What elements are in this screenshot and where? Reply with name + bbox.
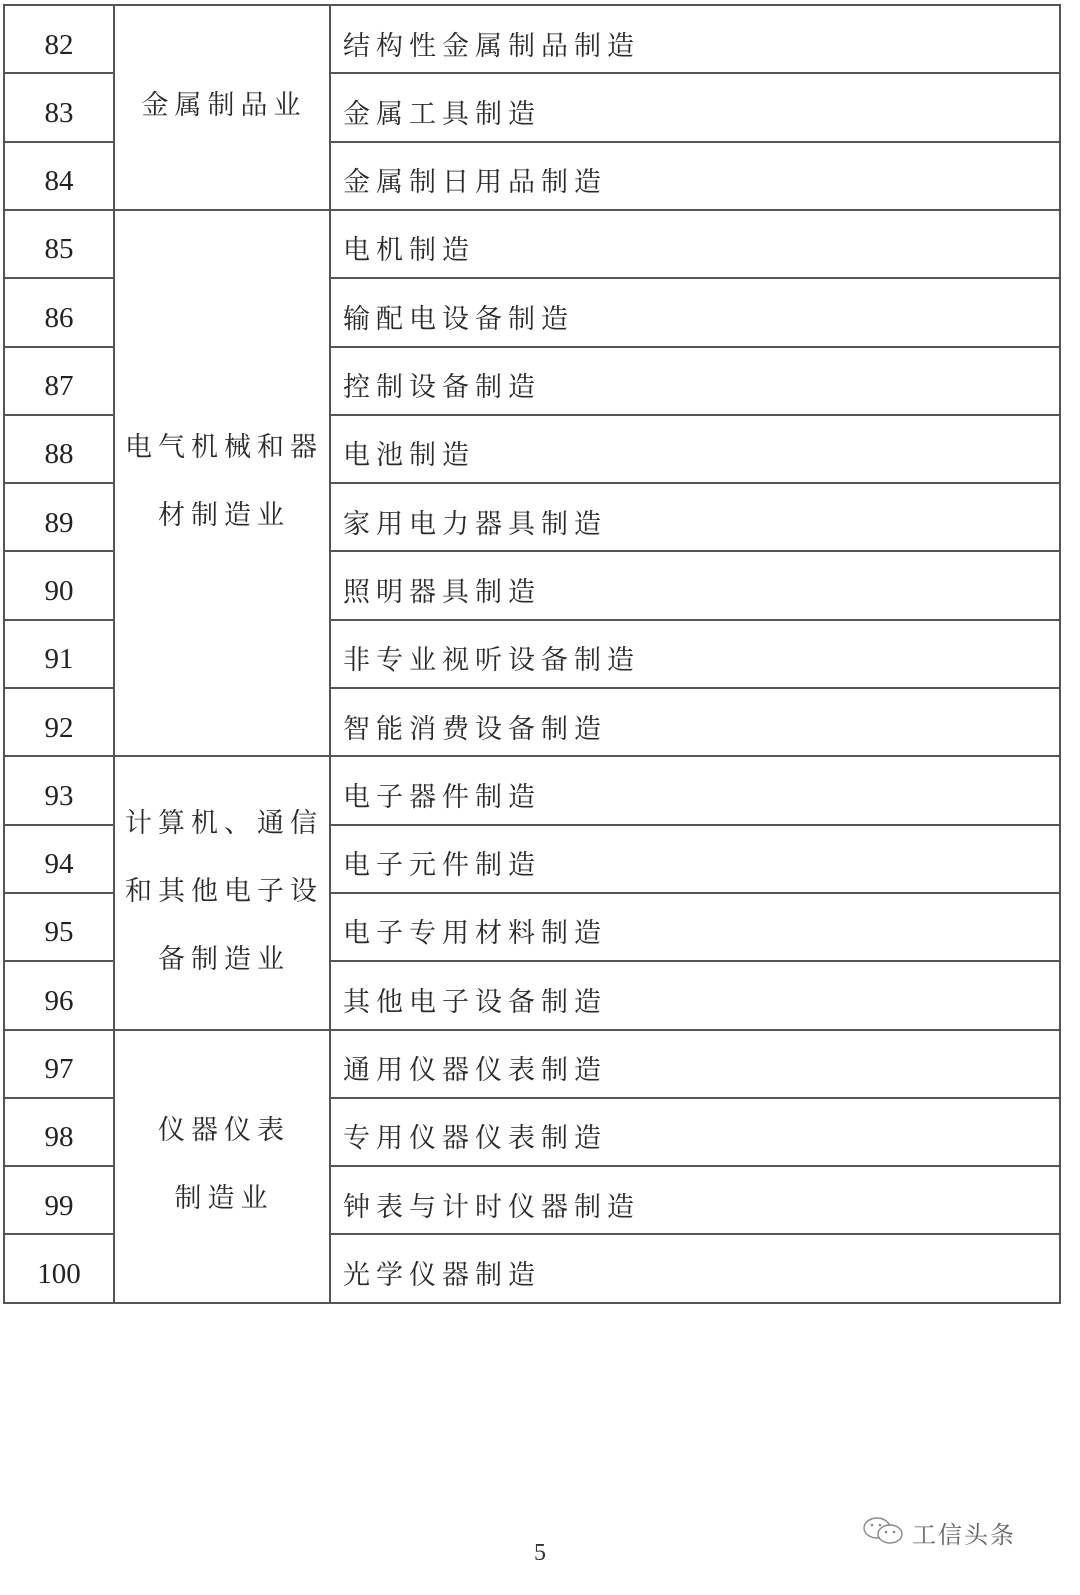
sub-industry-cell: 电子专用材料制造: [343, 892, 607, 960]
row-number: 99: [3, 1165, 115, 1233]
industry-category-cell: 仪器仪表制造业: [117, 1029, 331, 1302]
sub-industry-cell: 光学仪器制造: [343, 1233, 541, 1301]
sub-industry-cell: 通用仪器仪表制造: [343, 1029, 607, 1097]
category-line: 电气机械和器: [125, 414, 323, 482]
group-divider: [113, 1302, 331, 1304]
sub-industry-cell: 照明器具制造: [343, 550, 541, 618]
page-number: 5: [0, 1540, 1080, 1567]
industry-category-cell: 金属制品业: [117, 4, 331, 209]
sub-industry-cell: 电机制造: [343, 209, 475, 277]
sub-industry-cell: 结构性金属制品制造: [343, 4, 640, 72]
row-number: 86: [3, 277, 115, 345]
row-number: 94: [3, 824, 115, 892]
row-number: 90: [3, 550, 115, 618]
table-border-right: [1059, 4, 1061, 1302]
sub-industry-cell: 金属制日用品制造: [343, 141, 607, 209]
sub-industry-cell: 其他电子设备制造: [343, 960, 607, 1028]
row-number: 87: [3, 346, 115, 414]
sub-industry-cell: 金属工具制造: [343, 72, 541, 140]
row-number: 84: [3, 141, 115, 209]
row-number: 83: [3, 72, 115, 140]
sub-industry-cell: 家用电力器具制造: [343, 482, 607, 550]
category-line: 计算机、通信: [125, 790, 323, 858]
industry-category-cell: 计算机、通信和其他电子设备制造业: [117, 755, 331, 1028]
row-number: 92: [3, 687, 115, 755]
category-line: 材制造业: [158, 482, 290, 550]
sub-industry-cell: 电子元件制造: [343, 824, 541, 892]
category-line: 备制造业: [158, 926, 290, 994]
sub-industry-cell: 输配电设备制造: [343, 277, 574, 345]
row-number: 96: [3, 960, 115, 1028]
sub-industry-cell: 非专业视听设备制造: [343, 619, 640, 687]
category-line: 金属制品业: [142, 72, 307, 140]
row-number: 91: [3, 619, 115, 687]
sub-industry-cell: 智能消费设备制造: [343, 687, 607, 755]
row-number: 82: [3, 4, 115, 72]
category-line: 仪器仪表: [158, 1097, 290, 1165]
sub-industry-cell: 专用仪器仪表制造: [343, 1097, 607, 1165]
row-number: 98: [3, 1097, 115, 1165]
sub-industry-cell: 电子器件制造: [343, 755, 541, 823]
sub-industry-cell: 电池制造: [343, 414, 475, 482]
category-line: 制造业: [175, 1165, 274, 1233]
row-number: 97: [3, 1029, 115, 1097]
industry-category-cell: 电气机械和器材制造业: [117, 209, 331, 755]
row-number: 85: [3, 209, 115, 277]
row-divider: [329, 1302, 1061, 1304]
row-number: 93: [3, 755, 115, 823]
sub-industry-cell: 钟表与计时仪器制造: [343, 1165, 640, 1233]
sub-industry-cell: 控制设备制造: [343, 346, 541, 414]
row-number: 89: [3, 482, 115, 550]
row-number: 95: [3, 892, 115, 960]
industry-table: 82结构性金属制品制造83金属工具制造84金属制日用品制造金属制品业85电机制造…: [3, 4, 1061, 1302]
row-number: 100: [3, 1233, 115, 1301]
category-line: 和其他电子设: [125, 858, 323, 926]
row-number: 88: [3, 414, 115, 482]
row-divider: [3, 1302, 115, 1304]
